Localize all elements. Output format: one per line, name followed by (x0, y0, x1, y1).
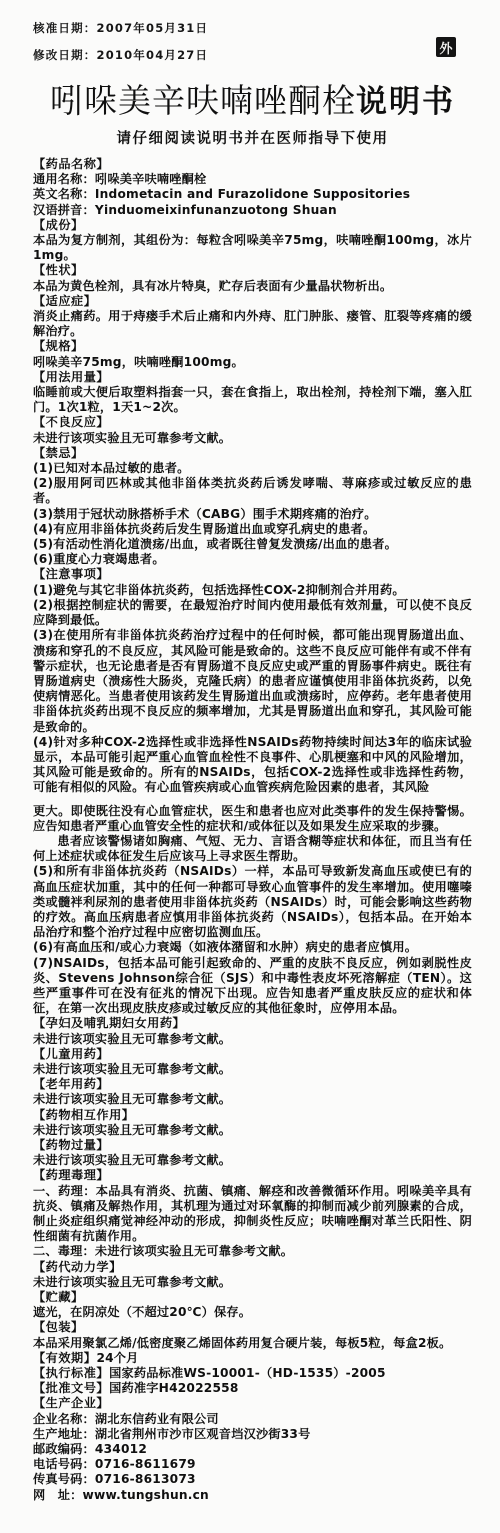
section-heading: 【药品名称】 (33, 157, 472, 172)
section-heading: 【批准文号】 (33, 1381, 109, 1395)
pharmacology-text: 一、药理：本品具有消炎、抗菌、镇痛、解痉和改善微循环作用。吲哚美辛具有抗炎、镇痛… (33, 1184, 472, 1245)
approval-date: 核准日期：2007年05月31日 (33, 20, 472, 36)
section-heading: 【有效期】 (33, 1351, 96, 1365)
section-heading: 【性状】 (33, 263, 472, 278)
phone-line: 电话号码：0716-8611679 (33, 1457, 472, 1472)
leaflet-content: 【药品名称】 通用名称：吲哚美辛呋喃唑酮栓 英文名称：Indometacin a… (33, 157, 472, 1503)
validity-value: 24个月 (96, 1351, 138, 1365)
page-title-suffix: 说明书 (356, 84, 455, 120)
section-heading: 【禁忌】 (33, 446, 472, 461)
section-manufacturer: 【生产企业】 企业名称：湖北东信药业有限公司 生产地址：湖北省荆州市沙市区观音垱… (33, 1396, 472, 1502)
section-heading: 【适应症】 (33, 294, 472, 309)
pinyin-name-line: 汉语拼音：Yinduomeixinfunanzuotong Shuan (33, 203, 472, 218)
english-name-line: 英文名称：Indometacin and Furazolidone Suppos… (33, 187, 472, 202)
section-heading: 【用法用量】 (33, 370, 472, 385)
contraindication-item: (4)有应用非甾体抗炎药后发生胃肠道出血或穿孔病史的患者。 (33, 522, 472, 537)
section-text: 本品采用聚氯乙烯/低密度聚乙烯固体药用复合硬片装，每板5粒，每盒2板。 (33, 1336, 472, 1351)
section-drug-name: 【药品名称】 通用名称：吲哚美辛呋喃唑酮栓 英文名称：Indometacin a… (33, 157, 472, 218)
company-name-line: 企业名称：湖北东信药业有限公司 (33, 1412, 472, 1427)
section-heading: 【孕妇及哺乳期妇女用药】 (33, 1016, 472, 1031)
contraindication-item: (1)已知对本品过敏的患者。 (33, 461, 472, 476)
section-text: 未进行该项实验且无可靠参考文献。 (33, 431, 472, 446)
revision-date-label: 修改日期： (33, 48, 97, 62)
section-text: 吲哚美辛75mg，呋喃唑酮100mg。 (33, 355, 472, 370)
section-heading: 【药理毒理】 (33, 1168, 472, 1183)
precaution-item-continued: 更大。即使既往没有心血管症状，医生和患者也应对此类事件的发生保持警惕。应告知患者… (33, 804, 472, 834)
section-heading: 【注意事项】 (33, 567, 472, 582)
section-storage: 【贮藏】 遮光，在阴凉处（不超过20℃）保存。 (33, 1290, 472, 1320)
approval-number-value: 国药准字H42022558 (109, 1381, 238, 1395)
section-dosage: 【用法用量】 临睡前或大便后取塑料指套一只，套在食指上，取出栓剂，持栓剂下端，塞… (33, 370, 472, 416)
section-pharmacokinetics: 【药代动力学】 未进行该项实验且无可靠参考文献。 (33, 1260, 472, 1290)
approval-date-value: 2007年05月31日 (97, 21, 209, 35)
precaution-item: (3)在使用所有非甾体抗炎药治疗过程中的任何时候，都可能出现胃肠道出血、溃疡和穿… (33, 628, 472, 734)
section-pregnancy-use: 【孕妇及哺乳期妇女用药】 未进行该项实验且无可靠参考文献。 (33, 1016, 472, 1046)
section-packaging: 【包装】 本品采用聚氯乙烯/低密度聚乙烯固体药用复合硬片装，每板5粒，每盒2板。 (33, 1320, 472, 1350)
section-validity: 【有效期】24个月 (33, 1351, 472, 1366)
section-text: 遮光，在阴凉处（不超过20℃）保存。 (33, 1305, 472, 1320)
contraindication-item: (2)服用阿司匹林或其他非甾体类抗炎药后诱发哮喘、荨麻疹或过敏反应的患者。 (33, 476, 472, 506)
page-title: 吲哚美辛呋喃唑酮栓说明书 (33, 75, 472, 122)
precaution-item: (2)根据控制症状的需要，在最短治疗时间内使用最低有效剂量，可以使不良反应降到最… (33, 598, 472, 628)
section-heading: 【执行标准】 (33, 1366, 109, 1380)
section-text: 未进行该项实验且无可靠参考文献。 (33, 1275, 472, 1290)
approval-date-label: 核准日期： (33, 21, 97, 35)
section-text: 未进行该项实验且无可靠参考文献。 (33, 1123, 472, 1138)
section-description: 【性状】 本品为黄色栓剂，具有冰片特臭，贮存后表面有少量晶状物析出。 (33, 263, 472, 293)
section-text: 未进行该项实验且无可靠参考文献。 (33, 1092, 472, 1107)
section-text: 本品为黄色栓剂，具有冰片特臭，贮存后表面有少量晶状物析出。 (33, 279, 472, 294)
section-heading: 【药物相互作用】 (33, 1108, 472, 1123)
section-heading: 【成份】 (33, 218, 472, 233)
section-indications: 【适应症】 消炎止痛药。用于痔瘘手术后止痛和内外痔、肛门肿胀、瘘管、肛裂等疼痛的… (33, 294, 472, 340)
section-composition: 【成份】 本品为复方制剂，其组份为：每粒含吲哚美辛75mg，呋喃唑酮100mg，… (33, 218, 472, 264)
read-carefully-subtitle: 请仔细阅读说明书并在医师指导下使用 (33, 127, 472, 148)
section-heading: 【儿童用药】 (33, 1047, 472, 1062)
postcode-line: 邮政编码：434012 (33, 1442, 472, 1457)
section-overdose: 【药物过量】 未进行该项实验且无可靠参考文献。 (33, 1138, 472, 1168)
precaution-item: 患者应该警惕诸如胸痛、气短、无力、言语含糊等症状和体征，而且当有任何上述症状或体… (33, 834, 472, 864)
section-text: 未进行该项实验且无可靠参考文献。 (33, 1062, 472, 1077)
section-strength: 【规格】 吲哚美辛75mg，呋喃唑酮100mg。 (33, 339, 472, 369)
revision-date: 修改日期：2010年04月27日 (33, 47, 472, 63)
section-text: 本品为复方制剂，其组份为：每粒含吲哚美辛75mg，呋喃唑酮100mg，冰片1mg… (33, 233, 472, 263)
section-heading: 【包装】 (33, 1320, 472, 1335)
section-text: 消炎止痛药。用于痔瘘手术后止痛和内外痔、肛门肿胀、瘘管、肛裂等疼痛的缓解治疗。 (33, 309, 472, 339)
section-text: 临睡前或大便后取塑料指套一只，套在食指上，取出栓剂，持栓剂下端，塞入肛门。1次1… (33, 385, 472, 415)
contraindication-item: (5)有活动性消化道溃疡/出血，或者既往曾复发溃疡/出血的患者。 (33, 537, 472, 552)
section-heading: 【药代动力学】 (33, 1260, 472, 1275)
section-heading: 【规格】 (33, 339, 472, 354)
section-heading: 【生产企业】 (33, 1396, 472, 1411)
wai-stamp: 外 (436, 37, 456, 57)
section-standard: 【执行标准】国家药品标准WS-10001-（HD-1535）-2005 (33, 1366, 472, 1381)
section-children-use: 【儿童用药】 未进行该项实验且无可靠参考文献。 (33, 1047, 472, 1077)
section-contraindications: 【禁忌】 (1)已知对本品过敏的患者。 (2)服用阿司匹林或其他非甾体类抗炎药后… (33, 446, 472, 568)
section-adverse-reactions: 【不良反应】 未进行该项实验且无可靠参考文献。 (33, 415, 472, 445)
section-text: 未进行该项实验且无可靠参考文献。 (33, 1153, 472, 1168)
website-line: 网 址：www.tungshun.cn (33, 1488, 472, 1503)
date-block: 核准日期：2007年05月31日 修改日期：2010年04月27日 (33, 20, 472, 63)
section-elderly-use: 【老年用药】 未进行该项实验且无可靠参考文献。 (33, 1077, 472, 1107)
section-heading: 【药物过量】 (33, 1138, 472, 1153)
address-line: 生产地址：湖北省荆州市沙市区观音垱汉沙街33号 (33, 1427, 472, 1442)
contraindication-item: (3)禁用于冠状动脉搭桥手术（CABG）围手术期疼痛的治疗。 (33, 507, 472, 522)
section-heading: 【不良反应】 (33, 415, 472, 430)
section-drug-interactions: 【药物相互作用】 未进行该项实验且无可靠参考文献。 (33, 1108, 472, 1138)
page-title-drug-name: 吲哚美辛呋喃唑酮栓 (50, 81, 356, 120)
section-precautions: 【注意事项】 (1)避免与其它非甾体抗炎药，包括选择性COX-2抑制剂合并用药。… (33, 567, 472, 1016)
precaution-item: (7)NSAIDs，包括本品可能引起致命的、严重的皮肤不良反应，例如剥脱性皮炎、… (33, 956, 472, 1017)
precaution-item: (4)针对多种COX-2选择性或非选择性NSAIDs药物持续时间达3年的临床试验… (33, 735, 472, 796)
standard-value: 国家药品标准WS-10001-（HD-1535）-2005 (109, 1366, 386, 1380)
contraindication-item: (6)重度心力衰竭患者。 (33, 552, 472, 567)
toxicology-text: 二、毒理：未进行该项实验且无可靠参考文献。 (33, 1244, 472, 1259)
precaution-item: (6)有高血压和/或心力衰竭（如液体潴留和水肿）病史的患者应慎用。 (33, 940, 472, 955)
section-heading: 【贮藏】 (33, 1290, 472, 1305)
revision-date-value: 2010年04月27日 (97, 48, 209, 62)
section-text: 未进行该项实验且无可靠参考文献。 (33, 1032, 472, 1047)
precaution-item: (5)和所有非甾体抗炎药（NSAIDs）一样，本品可导致新发高血压或使已有的高血… (33, 864, 472, 940)
section-heading: 【老年用药】 (33, 1077, 472, 1092)
leaflet-page: 核准日期：2007年05月31日 修改日期：2010年04月27日 外 吲哚美辛… (0, 0, 500, 1533)
precaution-item: (1)避免与其它非甾体抗炎药，包括选择性COX-2抑制剂合并用药。 (33, 583, 472, 598)
generic-name-line: 通用名称：吲哚美辛呋喃唑酮栓 (33, 172, 472, 187)
section-pharmacology-toxicology: 【药理毒理】 一、药理：本品具有消炎、抗菌、镇痛、解痉和改善微循环作用。吲哚美辛… (33, 1168, 472, 1259)
section-approval-number: 【批准文号】国药准字H42022558 (33, 1381, 472, 1396)
fax-line: 传真号码：0716-8613073 (33, 1472, 472, 1487)
